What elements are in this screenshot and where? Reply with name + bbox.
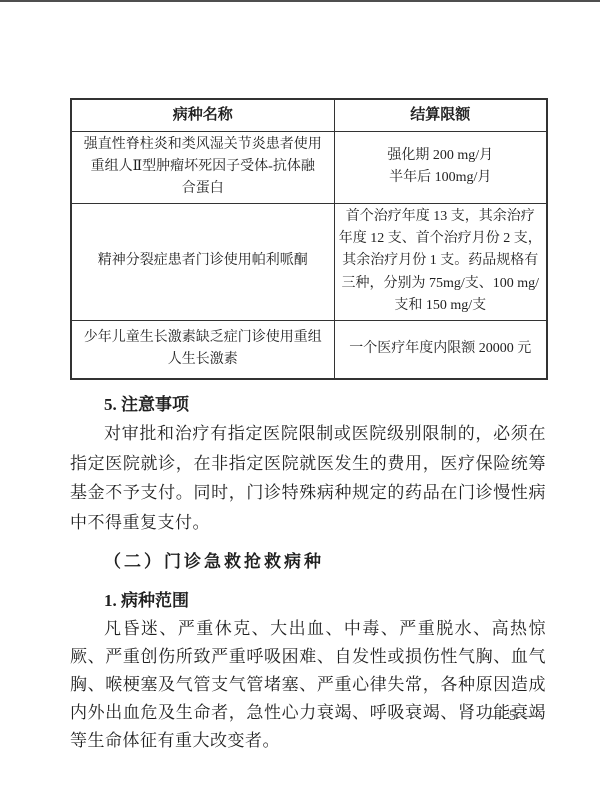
table-header-row: 病种名称 结算限额 (71, 99, 547, 131)
table-row: 精神分裂症患者门诊使用帕利哌酮 首个治疗年度 13 支，其余治疗 年度 12 支… (71, 203, 547, 320)
note-heading: 5. 注意事项 (70, 390, 546, 419)
settlement-limit-cell: 强化期 200 mg/月 半年后 100mg/月 (334, 131, 547, 203)
document-content: 病种名称 结算限额 强直性脊柱炎和类风湿关节炎患者使用 重组人Ⅱ型肿瘤坏死因子受… (70, 98, 546, 755)
table-row: 少年儿童生长激素缺乏症门诊使用重组 人生长激素 一个医疗年度内限额 20000 … (71, 320, 547, 379)
scope-paragraph: 凡昏迷、严重休克、大出血、中毒、严重脱水、高热惊厥、严重创伤所致严重呼吸困难、自… (70, 615, 546, 755)
settlement-limit-cell: 一个医疗年度内限额 20000 元 (334, 320, 547, 379)
settlement-limit-cell: 首个治疗年度 13 支，其余治疗 年度 12 支、首个治疗月份 2 支， 其余治… (334, 203, 547, 320)
table-row: 强直性脊柱炎和类风湿关节炎患者使用 重组人Ⅱ型肿瘤坏死因子受体-抗体融 合蛋白 … (71, 131, 547, 203)
section-two-heading: （二）门诊急救抢救病种 (70, 547, 546, 576)
window-top-edge (0, 0, 600, 2)
document-page: 病种名称 结算限额 强直性脊柱炎和类风湿关节炎患者使用 重组人Ⅱ型肿瘤坏死因子受… (0, 0, 600, 800)
settlement-limit-table: 病种名称 结算限额 强直性脊柱炎和类风湿关节炎患者使用 重组人Ⅱ型肿瘤坏死因子受… (70, 98, 548, 380)
note-paragraph: 对审批和治疗有指定医院限制或医院级别限制的，必须在指定医院就诊，在非指定医院就医… (70, 419, 546, 537)
table-header-disease-name: 病种名称 (71, 99, 334, 131)
disease-name-cell: 少年儿童生长激素缺乏症门诊使用重组 人生长激素 (71, 320, 334, 379)
table-header-settlement-limit: 结算限额 (334, 99, 547, 131)
disease-name-cell: 精神分裂症患者门诊使用帕利哌酮 (71, 203, 334, 320)
page-number: — 5 — (488, 708, 538, 725)
scope-heading: 1. 病种范围 (70, 586, 546, 615)
disease-name-cell: 强直性脊柱炎和类风湿关节炎患者使用 重组人Ⅱ型肿瘤坏死因子受体-抗体融 合蛋白 (71, 131, 334, 203)
